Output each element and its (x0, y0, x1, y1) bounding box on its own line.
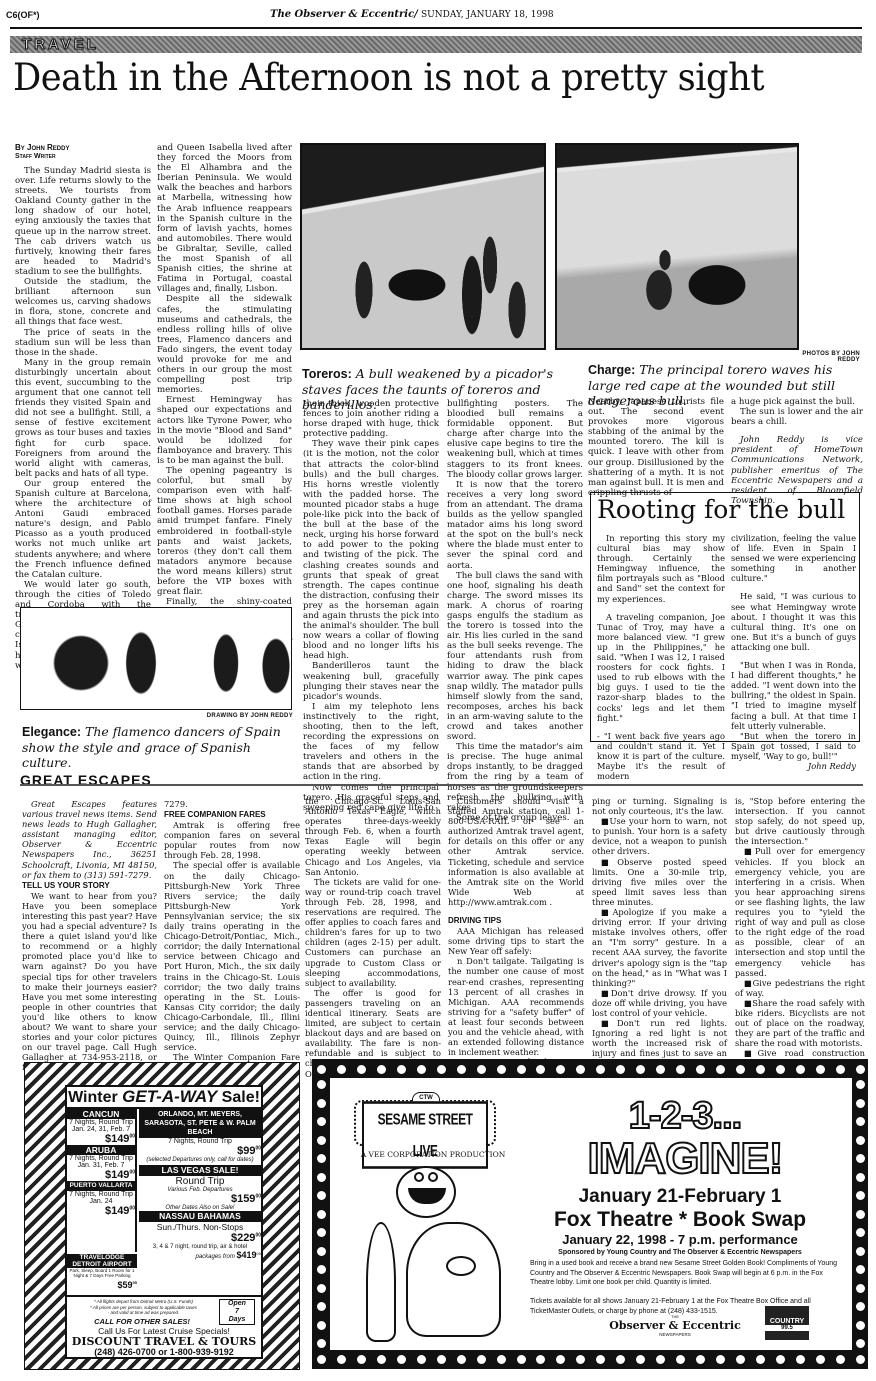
tip: Don't drive drowsy. If you doze off whil… (592, 988, 727, 1018)
sesame-ad-panel: CTW SESAME STREET LIVE A VEE CORPORATION… (330, 1078, 852, 1350)
elegance-caption: Elegance: The flamenco dancers of Spain … (22, 724, 297, 770)
ge-column-6: is, "Stop before entering the intersecti… (735, 796, 865, 1089)
page-header: C6(OF*) The Observer & Eccentric/ SUNDAY… (0, 8, 876, 28)
section-banner: TRAVEL (10, 36, 862, 53)
cancun-price: $14900 (67, 1133, 135, 1145)
fine-print: * All flights depart from Detroit Metro … (71, 1299, 216, 1316)
header-rule (10, 27, 862, 29)
paragraph: The special offer is available on the da… (164, 860, 300, 1052)
paragraph: They wave their pink capes (it is the mo… (303, 439, 439, 661)
ge-column-3: the Chicago-St. Louis-San Antonio Texas … (305, 796, 441, 1079)
paragraph: - "I went back five years ago and couldn… (597, 731, 725, 781)
show-title-line-2: IMAGINE! (535, 1136, 835, 1182)
sidebar-column-1: In reporting this story my cultural bias… (597, 533, 725, 781)
nassau-name: NASSAU BAHAMAS (139, 1211, 261, 1222)
paragraph: In reporting this story my cultural bias… (597, 533, 725, 604)
travel-ad: Winter GET-A-WAY Sale! CANCUN 7 Nights, … (24, 1062, 300, 1370)
paragraph: is, "Stop before entering the intersecti… (735, 796, 865, 846)
article-column-3: their thick, wooden protective fences to… (303, 399, 439, 813)
caption-label: Toreros: (302, 367, 352, 381)
paragraph: The sun is lower and the air bears a chi… (731, 407, 863, 427)
paragraph: He said, "I was curious to see what Hemi… (731, 591, 856, 652)
caption-label: Elegance: (22, 725, 81, 739)
aruba-name: ARUBA (67, 1145, 135, 1155)
section-label: TRAVEL (22, 36, 99, 53)
ge-column-5: ping or turning. Signaling is not only c… (592, 796, 727, 1079)
paragraph: The tickets are valid for one-way or rou… (305, 877, 441, 988)
producer: A VEE CORPORATION PRODUCTION (348, 1150, 518, 1159)
paragraph: the Chicago-St. Louis-San Antonio Texas … (305, 796, 441, 877)
marquee-dots-top (317, 1064, 865, 1074)
paragraph: The bull claws the sand with one hoof, s… (447, 571, 583, 743)
paragraph: civilization, feeling the value of life.… (731, 533, 856, 583)
vallarta-price: $14900 (67, 1205, 135, 1217)
sidebar-signature: John Reddy (731, 761, 856, 771)
tip: Apologize if you make a driving error. I… (592, 907, 727, 988)
dateline: SUNDAY, JANUARY 18, 1998 (421, 10, 554, 20)
show-dates: January 21-February 1 (515, 1186, 845, 1208)
paragraph: Nearby, Japanese tourists file out. The … (588, 397, 724, 498)
paragraph: The price of seats in the stadium sun wi… (15, 328, 151, 358)
sesame-ad: CTW SESAME STREET LIVE A VEE CORPORATION… (312, 1059, 868, 1369)
article-column-4: bullfighting posters. The bloodied bull … (447, 399, 583, 823)
article-column-5: Nearby, Japanese tourists file out. The … (588, 397, 724, 498)
sidebar-title: Rooting for the bull (597, 495, 845, 525)
paragraph: The opening pageantry is colorful, but s… (157, 466, 292, 597)
book-swap-details: Bring in a used book and receive a brand… (530, 1259, 840, 1288)
observer-eccentric-logo: THE Observer & Eccentric NEWSPAPERS (605, 1314, 745, 1337)
paragraph: Despite all the sidewalk cafes, the stim… (157, 294, 292, 395)
show-title-line-1: 1-2-3... (560, 1096, 810, 1136)
vallarta-name: PUERTO VALLARTA (67, 1181, 135, 1191)
paragraph: The Sunday Madrid siesta is over. Life r… (15, 166, 151, 277)
cancun-name: CANCUN (67, 1109, 135, 1119)
sidebar-column-2: civilization, feeling the value of life.… (731, 533, 856, 771)
paragraph: n Don't tailgate. Tailgating is the numb… (448, 956, 584, 1057)
ad-footer: * All flights depart from Detroit Metro … (67, 1295, 261, 1357)
paragraph: 7279. (164, 799, 300, 809)
open-7-days-badge: Open 7 Days (219, 1299, 255, 1325)
caption-label: Charge: (588, 363, 635, 377)
ad-title: Winter GET-A-WAY Sale! (67, 1087, 261, 1109)
paragraph: Many in the group remain disturbingly un… (15, 358, 151, 479)
young-country-logo: COUNTRY 99.5 (765, 1306, 809, 1340)
paragraph: "But when the torero in Spain got tossed… (731, 731, 856, 761)
paragraph: "But when I was in Ronda, I had differen… (731, 660, 856, 731)
sesame-marquee-logo: CTW SESAME STREET LIVE (354, 1100, 496, 1146)
great-escapes-rule (20, 784, 863, 786)
travelodge-block: TRAVELODGE DETROIT AIRPORT Park, Sleep, … (67, 1254, 137, 1294)
cookie-monster-illustration (356, 1166, 526, 1346)
paragraph: their thick, wooden protective fences to… (303, 399, 439, 439)
ad-panel: Winter GET-A-WAY Sale! CANCUN 7 Nights, … (65, 1085, 263, 1359)
performance-line: January 22, 1998 - 7 p.m. performance (515, 1232, 845, 1248)
byline: By John Reddy (15, 143, 151, 152)
ge-column-4: Customers should visit a staffed Amtrak … (448, 796, 584, 1067)
paragraph: Customers should visit a staffed Amtrak … (448, 796, 584, 907)
paragraph: We want to hear from you? Have you been … (22, 891, 157, 1073)
paragraph: It is now that the torero receives a ver… (447, 480, 583, 571)
paragraph: A traveling companion, Joe Tunac of Troy… (597, 612, 725, 723)
paragraph: Outside the stadium, the brilliant after… (15, 277, 151, 327)
paragraph: a huge pick against the bull. (731, 397, 863, 407)
tell-heading: TELL US YOUR STORY (22, 881, 157, 891)
company-phone: (248) 426-0700 or 1-800-939-9192 (67, 1347, 261, 1357)
paragraph: AAA Michigan has released some driving t… (448, 926, 584, 956)
aruba-price: $14900 (67, 1169, 135, 1181)
ad-right-column: ORLANDO, MT. MEYERS, SARASOTA, ST. PETE … (139, 1109, 261, 1260)
article-column-1: By John Reddy Staff Writer The Sunday Ma… (15, 143, 151, 671)
toreros-photo (300, 143, 546, 350)
ad-left-column: CANCUN 7 Nights, Round Trip Jan. 24, 31,… (67, 1109, 137, 1252)
paragraph: Banderilleros taunt the weakening bull, … (303, 661, 439, 701)
call-other-sales: CALL FOR OTHER SALES! (67, 1317, 217, 1326)
article-column-6: a huge pick against the bull. The sun is… (731, 397, 863, 506)
drawing-credit: Drawing by John Reddy (190, 713, 293, 719)
tip: Share the road safely with bike riders. … (735, 998, 865, 1048)
vegas-name: LAS VEGAS SALE! (139, 1165, 261, 1176)
paragraph: Our group entered the Spanish culture at… (15, 479, 151, 580)
tip: Pull over for emergency vehicles. If you… (735, 846, 865, 977)
ge-column-1: Great Escapes features various travel ne… (22, 799, 157, 1072)
tip: Observe posted speed limits. One a 30-mi… (592, 857, 727, 907)
driving-heading: DRIVING TIPS (448, 916, 584, 926)
marquee-dots-right (855, 1080, 865, 1348)
venue-line: Fox Theatre * Book Swap (515, 1208, 845, 1232)
marquee-dots-left (316, 1080, 326, 1348)
paragraph: bullfighting posters. The bloodied bull … (447, 399, 583, 480)
page-code: C6(OF*) (6, 10, 40, 20)
paragraph: Amtrak is offering free companion fares … (164, 820, 300, 860)
fares-heading: FREE COMPANION FARES (164, 810, 300, 820)
masthead-line: The Observer & Eccentric/ SUNDAY, JANUAR… (270, 9, 554, 20)
byline-role: Staff Writer (15, 152, 151, 161)
sponsor-line: Sponsored by Young Country and The Obser… (515, 1248, 845, 1258)
paper-name: The Observer & Eccentric/ (270, 9, 418, 20)
orlando-name: ORLANDO, MT. MEYERS, SARASOTA, ST. PETE … (139, 1109, 261, 1138)
paragraph: I aim my telephoto lens instinctively to… (303, 702, 439, 783)
marquee-dots-bottom (317, 1354, 865, 1364)
flamenco-drawing (20, 607, 292, 710)
paragraph: Ernest Hemingway has shaped our expectat… (157, 395, 292, 466)
paragraph: ping or turning. Signaling is not only c… (592, 796, 727, 816)
paragraph: and Queen Isabella lived after they forc… (157, 143, 292, 294)
charge-photo (555, 143, 799, 350)
article-headline: Death in the Afternoon is not a pretty s… (13, 55, 764, 99)
ge-intro: Great Escapes features various travel ne… (22, 799, 157, 880)
sidebar-box: Rooting for the bull In reporting this s… (590, 492, 860, 742)
tip: Give pedestrians the right of way. (735, 978, 865, 998)
tip: Use your horn to warn, not to punish. Yo… (592, 816, 727, 856)
ge-column-2: 7279. FREE COMPANION FARES Amtrak is off… (164, 799, 300, 1072)
